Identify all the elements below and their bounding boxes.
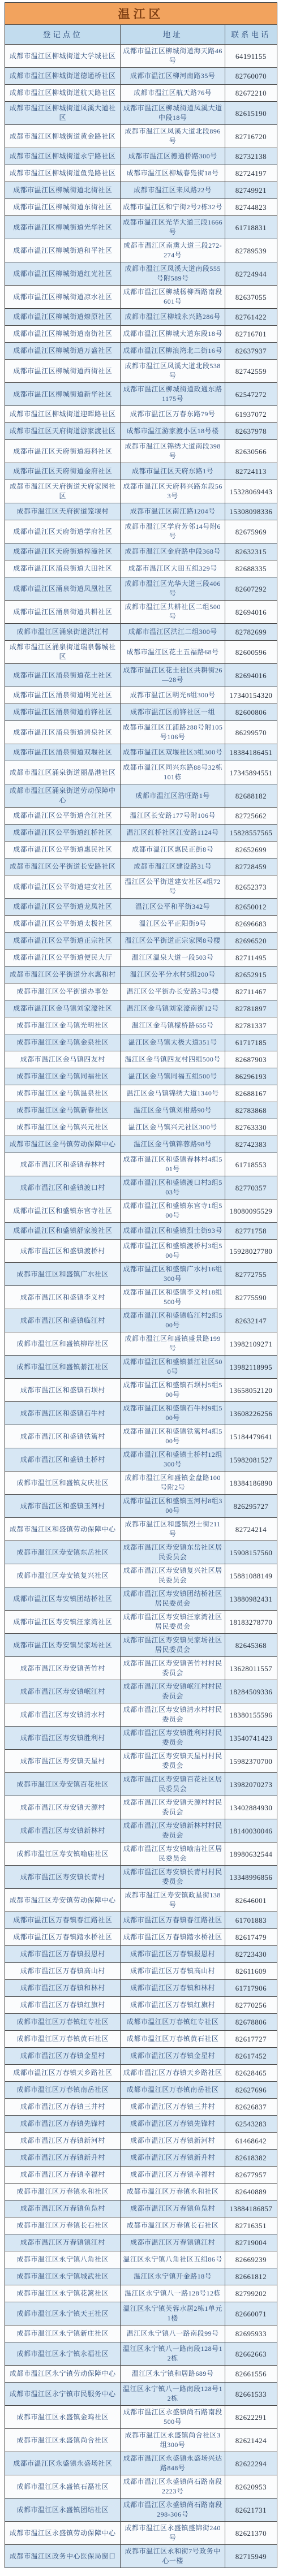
address-cell: 成都市温江区万春镇先锋村 <box>121 2116 225 2132</box>
table-row: 成都市温江区寿安镇胜利村成都市温江区寿安镇胜利村村民委员会13540741423 <box>5 1726 277 1749</box>
site-cell: 成都市温江区永宁镇天王社区 <box>5 2302 121 2325</box>
site-cell: 成都市温江区寿安镇百花社区 <box>5 1773 121 1796</box>
address-cell: 成都市温江区凤溪大道北段538号 <box>121 360 225 382</box>
phone-cell: 82688167 <box>225 1085 277 1102</box>
table-row: 成都市温江区柳城街道德通桥社区成都市温江区柳河南路35号82760070 <box>5 67 277 84</box>
site-cell: 成都市温江区寿安镇团结桥社区 <box>5 1587 121 1610</box>
table-row: 成都市温江区寿安镇复兴社区成都市温江区寿安镇复兴社区居民委员会158810881… <box>5 1564 277 1587</box>
table-row: 成都市温江区公平街道太极社区温江区公平正阳街9号82696683 <box>5 915 277 932</box>
table-row: 成都市温江区涌泉街道共耕社区成都市温江区共耕社区二组500号82694016 <box>5 600 277 623</box>
phone-cell: 82719004 <box>225 2234 277 2251</box>
address-cell: 成都市温江区万春镇三井村 <box>121 2099 225 2115</box>
address-cell: 成都市温江区和盛镇李义村18组500号 <box>121 1286 225 1309</box>
phone-cell: 82783868 <box>225 1102 277 1119</box>
table-row: 成都市温江区天府街道游家渡社区成都市温江游家渡小区18号楼82637978 <box>5 422 277 439</box>
site-cell: 成都市温江区和盛镇临江村 <box>5 1309 121 1332</box>
address-cell: 成都市温江区明光8组300号 <box>121 687 225 704</box>
table-row: 成都市温江区柳城街道和平社区成都市温江区南熏大道三段272-274号827895… <box>5 239 277 262</box>
table-row: 成都市温江区涌泉街道花土社区成都市温江区花土社区共耕街26—28号8269401… <box>5 663 277 687</box>
phone-cell: 82621424 <box>225 2429 277 2452</box>
address-cell: 成都市温江区寿安镇苦竹村村民委员会 <box>121 1657 225 1680</box>
phone-cell: 82637978 <box>225 423 277 439</box>
phone-cell: 82771758 <box>225 1223 277 1239</box>
address-cell: 成都市温江区永盛镇盛锦街240号 <box>121 2522 225 2544</box>
table-row: 成都市温江区和盛镇友庆社区成都市温江区和盛镇金盘路100号附2号18384186… <box>5 1471 277 1494</box>
table-row: 成都市温江区天府街道天府家园社区成都市温江区天府科兴路东段563号1532806… <box>5 480 277 503</box>
address-cell: 成都市温江区德通桥路300号 <box>121 148 225 165</box>
address-cell: 成都市温江区寿安镇团结桥社区居民委员会 <box>121 1587 225 1610</box>
table-row: 成都市温江区公平街道长安路社区成都市温江区建设路31号82728459 <box>5 858 277 875</box>
phone-cell: 82742559 <box>225 360 277 382</box>
address-cell: 成都市温江区万春镇踏水桥社区 <box>121 1929 225 1945</box>
table-row: 成都市温江区永盛镇劳动保障中心成都市温江区永盛镇盛锦街240号82621370 <box>5 2521 277 2544</box>
phone-cell: 82630566 <box>225 440 277 463</box>
phone-cell: 61718831 <box>225 216 277 239</box>
phone-cell: 82628465 <box>225 2065 277 2081</box>
table-row: 成都市温江区柳城街道鱼凫路社区成都市温江区柳城春凫街18号82724197 <box>5 165 277 182</box>
address-cell: 成都市温江区寿安镇胜利村村民委员会 <box>121 1727 225 1749</box>
site-cell: 成都市温江区公平街道惠民社区 <box>5 842 121 858</box>
address-cell: 成都市温江区寿安镇复兴社区居民委员会 <box>121 1564 225 1587</box>
address-cell: 成都市温江区花土五福路68号 <box>121 641 225 663</box>
table-row: 成都市温江区金马镇四友村温江区金马镇四友村四组500号82687903 <box>5 1051 277 1068</box>
address-cell: 成都市温江区共耕社区二组500号 <box>121 601 225 623</box>
address-cell: 温江区永宁镇开金路18号 <box>121 2268 225 2285</box>
site-cell: 成都市温江区金马镇金泉社区 <box>5 1034 121 1051</box>
phone-cell: 18080095529 <box>225 1199 277 1222</box>
site-cell: 成都市温江区寿安镇吴家场社区 <box>5 1634 121 1656</box>
site-cell: 成都市温江区柳城街道光华社区 <box>5 216 121 239</box>
table-row: 成都市温江区和盛镇临江村成都市温江区和盛镇临江村2组500号82632147 <box>5 1309 277 1332</box>
table-row: 成都市温江区公平街道正宗社区温江区公平街道正宗家园8号楼82696520 <box>5 932 277 949</box>
table-row: 成都市温江区涌泉街道前锋社区成都市温江区前锋社区一组82600806 <box>5 704 277 720</box>
phone-cell: 15982370700 <box>225 1750 277 1772</box>
address-cell: 温江区长安路177号附106号 <box>121 808 225 824</box>
address-cell: 成都市温江区南熏大道三段272-274号 <box>121 239 225 262</box>
address-cell: 成都市温江区永盛镇永盛场兴达路848号 <box>121 2452 225 2475</box>
site-cell: 成都市温江区柳城街道南街社区 <box>5 326 121 342</box>
district-contact-table-page: 温江区 登记点位 地址 联系电话 成都市温江区柳城街道大学城社区成都市温江区柳城… <box>0 0 283 2576</box>
phone-cell: 13982109271 <box>225 1332 277 1355</box>
table-row: 成都市温江区柳城街道燎原社区成都市温江区柳城永兴路286号82761422 <box>5 308 277 325</box>
site-cell: 成都市温江区公平街道长安路社区 <box>5 858 121 875</box>
table-row: 成都市温江区天府街道金府社区成都市温江区天府东路1号82724113 <box>5 463 277 480</box>
site-cell: 成都市温江区公平街道合江社区 <box>5 808 121 824</box>
address-cell: 成都市温江区和盛镇东宫寺1组500号 <box>121 1199 225 1222</box>
table-row: 成都市温江区涌泉街道劳动保障中心成都市温江区浩旺路1号82688182 <box>5 784 277 807</box>
district-header: 温江区 <box>5 2 277 24</box>
table-row: 成都市温江区公平街道龙凤社区温江区公平和平街342号82650012 <box>5 898 277 915</box>
site-cell: 成都市温江区涌泉街道洪江村 <box>5 624 121 640</box>
site-cell: 成都市温江区寿安镇汪家湾社区 <box>5 1611 121 1633</box>
address-cell: 成都市温江区和盛镇石牛村9组500号 <box>121 1402 225 1425</box>
phone-cell: 82728459 <box>225 858 277 875</box>
table-row: 成都市温江区和盛镇东宫寺社区成都市温江区和盛镇东宫寺1组500号18080095… <box>5 1199 277 1222</box>
address-cell: 温江区红桥社区江安路1124号 <box>121 825 225 841</box>
phone-cell: 82696520 <box>225 933 277 949</box>
table-row: 成都市温江区和盛镇渡口村成都市温江区和盛镇渡口村3组503号82770357 <box>5 1176 277 1199</box>
table-row: 成都市温江区金马镇新春社区温江区金马镇刘柑路90号82783868 <box>5 1102 277 1119</box>
address-cell: 成都市温江区寿安镇政星街138号 <box>121 1889 225 1911</box>
address-cell: 成都市温江区南江路1204号 <box>121 503 225 520</box>
phone-cell: 82669239 <box>225 2251 277 2268</box>
table-row: 成都市温江区永盛镇石磊社区成都市温江区永盛镇尚石路南段2223号82620953 <box>5 2475 277 2498</box>
site-cell: 成都市温江区天府街道笼堰村 <box>5 503 121 520</box>
site-cell: 成都市温江区金马镇刘家濠社区 <box>5 1000 121 1017</box>
table-row: 成都市温江区和盛镇舒家渡社区成都市温江区和盛镇烈士街93号82771758 <box>5 1222 277 1239</box>
phone-cell: 82620953 <box>225 2475 277 2498</box>
site-cell: 成都市温江区寿安镇长青村 <box>5 1866 121 1888</box>
table-row: 成都市温江区永盛镇尚合社区成都市温江区永盛镇尚合社区3组300号82621424 <box>5 2428 277 2452</box>
site-cell: 成都市温江区和盛镇石牛村 <box>5 1402 121 1425</box>
address-cell: 成都市温江区航天路76号 <box>121 85 225 101</box>
address-cell: 成都市温江区寿安镇清水村村民委员会 <box>121 1703 225 1726</box>
site-cell: 成都市温江区万春镇南岳社区 <box>5 2082 121 2098</box>
phone-cell: 17340154320 <box>225 687 277 704</box>
table-row: 成都市温江区金马镇金泉社区温江区金马镇太极大道351号61717185 <box>5 1034 277 1051</box>
address-cell: 成都市温江区柳城杨柳西路南段601号 <box>121 286 225 308</box>
address-cell: 成都市温江区万春镇报恩村 <box>121 1946 225 1962</box>
phone-cell: 82782699 <box>225 624 277 640</box>
phone-cell: 18384186890 <box>225 1472 277 1494</box>
phone-cell: 82650012 <box>225 899 277 915</box>
table-row: 成都市温江区柳城街道南街社区成都市温江区柳城大道东段18号82716701 <box>5 325 277 342</box>
phone-cell: 82742383 <box>225 1136 277 1153</box>
site-cell: 成都市温江区柳城街道东街社区 <box>5 199 121 215</box>
address-cell: 成都市温江区万春东路79号 <box>121 406 225 422</box>
phone-cell: 82724944 <box>225 262 277 285</box>
site-cell: 成都市温江区柳城街道鱼凫路社区 <box>5 165 121 182</box>
address-cell: 成都市温江区柳城春凫街18号 <box>121 165 225 182</box>
table-row: 成都市温江区柳城街道凉水社区成都市温江区柳城杨柳西路南段601号82637055 <box>5 285 277 308</box>
table-row: 成都市温江区寿安镇天星村成都市温江区寿安镇天星村村民委员会15982370700 <box>5 1749 277 1772</box>
address-cell: 成都市温江区万春镇新河村 <box>121 2133 225 2149</box>
site-cell: 成都市温江区寿安镇新林村 <box>5 1819 121 1842</box>
site-cell: 成都市温江区柳城街道航天路社区 <box>5 85 121 101</box>
address-cell: 成都市温江区万春镇镇江村 <box>121 2234 225 2251</box>
column-header-address: 地址 <box>121 25 225 44</box>
address-cell: 温江区永宁镇芙蓉水居2栋1单元1楼 <box>121 2302 225 2325</box>
address-cell: 成都市温江区惠民正街8号 <box>121 842 225 858</box>
address-cell: 成都市温江区万春镇春江路社区 <box>121 1912 225 1928</box>
phone-cell: 82716720 <box>225 125 277 148</box>
site-cell: 成都市温江区柳城街道永宁路社区 <box>5 148 121 165</box>
address-cell: 成都市温江区大田五组329号 <box>121 560 225 577</box>
table-row: 成都市温江区万春镇长石社区成都市温江区万春镇长石社区82716351 <box>5 2217 277 2234</box>
site-cell: 成都市温江区柳城街道大学城社区 <box>5 45 121 67</box>
address-cell: 温江区永宁镇八一路南段128号12栋 <box>121 2342 225 2365</box>
site-cell: 成都市温江区政务中心医保局窗口 <box>5 2545 121 2568</box>
table-row: 成都市温江区万春镇天乡路社区成都市温江区万春镇天乡路社区82628465 <box>5 2064 277 2081</box>
phone-cell: 82763330 <box>225 1119 277 1136</box>
address-cell: 成都市温江区和盛镇盛景路199号 <box>121 1332 225 1355</box>
phone-cell: 82617479 <box>225 1929 277 1945</box>
table-row: 成都市温江区寿安镇团结桥社区成都市温江区寿安镇团结桥社区居民委员会1388098… <box>5 1587 277 1610</box>
table-row: 成都市温江区和盛镇李义村成都市温江区和盛镇李义村18组500号82775590 <box>5 1285 277 1309</box>
table-row: 成都市温江区柳城街道永宁路社区成都市温江区德通桥路300号82732138 <box>5 148 277 165</box>
address-cell: 成都市温江区光华大道三段406号 <box>121 577 225 600</box>
table-row: 成都市温江区和盛镇玉河村成都市温江区和盛镇玉河村8组300号826295727 <box>5 1494 277 1517</box>
phone-cell: 82678806 <box>225 2014 277 2030</box>
address-cell: 成都市温江区万春镇红旗村 <box>121 1997 225 2013</box>
table-row: 成都市温江区永宁镇八角社区温江区永宁镇八角社区五组86号82669239 <box>5 2251 277 2268</box>
site-cell: 成都市温江区永盛镇金鸡社区 <box>5 2406 121 2428</box>
phone-cell: 82652373 <box>225 875 277 898</box>
phone-cell: 15982081527 <box>225 1448 277 1471</box>
site-cell: 成都市温江区柳城街道万盛社区 <box>5 343 121 359</box>
address-cell: 成都市温江区和盛镇土桥村12组300号 <box>121 1448 225 1471</box>
address-cell: 成都市温江区江浦路288号附105号106号 <box>121 721 225 744</box>
site-cell: 成都市温江区万春镇金星村 <box>5 2048 121 2064</box>
address-cell: 成都市温江区万春镇天乡路社区 <box>121 2065 225 2081</box>
contact-table: 登记点位 地址 联系电话 成都市温江区柳城街道大学城社区成都市温江区柳城街道海天… <box>5 24 277 2568</box>
site-cell: 成都市温江区永盛镇石磊社区 <box>5 2475 121 2498</box>
address-cell: 成都市温江区寿安镇吴家场社区居民委员会 <box>121 1634 225 1656</box>
address-cell: 成都市温江区柳浪湾北二街16号 <box>121 343 225 359</box>
table-row: 成都市温江区公平街道惠民社区成都市温江区惠民正街8号82652699 <box>5 841 277 858</box>
address-cell: 成都市温江区万春镇高山村 <box>121 1963 225 1979</box>
site-cell: 成都市温江区金马镇同福社区 <box>5 1068 121 1085</box>
phone-cell: 15928027780 <box>225 1240 277 1262</box>
phone-cell: 13658052120 <box>225 1379 277 1401</box>
address-cell: 成都市温江区和盛镇渡桥村3组500号 <box>121 1240 225 1262</box>
site-cell: 成都市温江区柳城街道凉水社区 <box>5 286 121 308</box>
phone-cell: 82662663 <box>225 2342 277 2365</box>
phone-cell: 82694016 <box>225 664 277 687</box>
phone-cell: 82770256 <box>225 1997 277 2013</box>
phone-cell: 82760070 <box>225 68 277 84</box>
phone-cell: 17345894551 <box>225 761 277 784</box>
table-row: 成都市温江区公平街道办事处温江区公平街办长安路3号3楼82711467 <box>5 983 277 1000</box>
phone-cell: 18183278770 <box>225 1611 277 1633</box>
site-cell: 成都市温江区和盛镇柳岸社区 <box>5 1332 121 1355</box>
address-cell: 成都市温江区永和街7号政务中心一楼 <box>121 2545 225 2568</box>
table-row: 成都市温江区柳城街道凤溪大道社区成都市温江区柳城街道凤溪大道中段18号82615… <box>5 101 277 124</box>
column-header-phone: 联系电话 <box>225 25 277 44</box>
phone-cell: 82646001 <box>225 1889 277 1911</box>
site-cell: 成都市温江区永宁镇八角社区 <box>5 2251 121 2268</box>
address-cell: 成都市温江区寿安镇天星村村民委员会 <box>121 1750 225 1772</box>
site-cell: 成都市温江区万春镇新升村 <box>5 2150 121 2166</box>
address-cell: 温江区金马镇刘柑路90号 <box>121 1102 225 1119</box>
phone-cell: 82772755 <box>225 1263 277 1285</box>
site-cell: 成都市温江区天府街道游家渡社区 <box>5 423 121 439</box>
site-cell: 成都市温江区永盛镇劳动保障中心 <box>5 2522 121 2544</box>
site-cell: 成都市温江区涌泉街道劳动保障中心 <box>5 784 121 807</box>
phone-cell: 82622291 <box>225 2406 277 2428</box>
address-cell: 成都市温江区柳城街道凤溪大道中段18号 <box>121 102 225 124</box>
table-row: 成都市温江区万春镇金星村成都市温江区万春镇金星村82617452 <box>5 2047 277 2064</box>
phone-cell: 62543283 <box>225 2116 277 2132</box>
phone-cell: 82617727 <box>225 2031 277 2047</box>
phone-cell: 82749921 <box>225 182 277 199</box>
phone-cell: 82761422 <box>225 309 277 325</box>
site-cell: 成都市温江区寿安镇苦竹村 <box>5 1657 121 1680</box>
table-row: 成都市温江区永宁镇城武社区温江区永宁镇开金路18号82661812 <box>5 2268 277 2285</box>
site-cell: 成都市温江区和盛镇友庆社区 <box>5 1472 121 1494</box>
address-cell: 温江区金马镇兴元社区300号 <box>121 1119 225 1136</box>
phone-cell: 82621370 <box>225 2522 277 2544</box>
phone-cell: 64191155 <box>225 45 277 67</box>
site-cell: 成都市温江区和盛镇土桥村 <box>5 1448 121 1471</box>
site-cell: 成都市温江区和盛镇铁篱村 <box>5 1425 121 1448</box>
table-row: 成都市温江区涌泉街道瑞泉馨城社区成都市温江区花土五福路68号82600596 <box>5 640 277 663</box>
address-cell: 成都市温江区寿安镇百花社区居民委员会 <box>121 1773 225 1796</box>
address-cell: 成都市温江区和宁街2号2栋32号 <box>121 199 225 215</box>
site-cell: 成都市温江区涌泉街道明光社区 <box>5 687 121 704</box>
address-cell: 成都市温江区和盛镇临江村2组500号 <box>121 1309 225 1332</box>
site-cell: 成都市温江区万春镇天乡路社区 <box>5 2065 121 2081</box>
table-row: 成都市温江区公平街道分水惠和村温江区公平分水村5组200号82652915 <box>5 966 277 983</box>
address-cell: 成都市温江区金府路中段368号 <box>121 543 225 560</box>
phone-cell: 82715949 <box>225 2545 277 2568</box>
phone-cell: 18384186451 <box>225 744 277 761</box>
address-cell: 成都市温江区永盛镇尚石路南段500号 <box>121 2406 225 2428</box>
address-cell: 成都市温江区万春镇和林村 <box>121 1980 225 1996</box>
table-row: 成都市温江区寿安镇劳动保障中心成都市温江区寿安镇政星街138号82646001 <box>5 1888 277 1911</box>
phone-cell: 13540741423 <box>225 1727 277 1749</box>
site-cell: 成都市温江区和盛镇玉河村 <box>5 1495 121 1517</box>
phone-cell: 13884186857 <box>225 2200 277 2217</box>
table-row: 成都市温江区万春镇鱼凫村成都市温江区万春镇鱼凫村13884186857 <box>5 2200 277 2217</box>
table-row: 成都市温江区金马镇光明社区温江区金马镇檬桥路655号82781337 <box>5 1017 277 1034</box>
site-cell: 成都市温江区天府街道海科社区 <box>5 440 121 463</box>
phone-cell: 82627696 <box>225 2082 277 2098</box>
phone-cell: 82723430 <box>225 1946 277 1962</box>
table-row: 成都市温江区寿安镇长青村成都市温江区寿安镇长青村村民委员会13348996856 <box>5 1865 277 1888</box>
phone-cell: 82694016 <box>225 601 277 623</box>
table-row: 成都市温江区涌泉街道清泉社区成都市温江区江浦路288号附105号106号8629… <box>5 720 277 744</box>
address-cell: 温江区公平街办长安路3号3楼 <box>121 983 225 1000</box>
phone-cell: 82661533 <box>225 2383 277 2405</box>
site-cell: 成都市温江区寿安镇胜利村 <box>5 1727 121 1749</box>
table-row: 成都市温江区金马镇兴元社区温江区金马镇兴元社区300号82763330 <box>5 1119 277 1136</box>
site-cell: 成都市温江区金马镇兴元社区 <box>5 1119 121 1136</box>
site-cell: 成都市温江区永宁镇新庄社区 <box>5 2325 121 2342</box>
site-cell: 成都市温江区万春镇春江路社区 <box>5 1912 121 1928</box>
phone-cell: 82637937 <box>225 343 277 359</box>
phone-cell: 18380155596 <box>225 1703 277 1726</box>
site-cell: 成都市温江区天府街道金府社区 <box>5 463 121 480</box>
address-cell: 成都市温江区锦绣大道南段398号 <box>121 440 225 463</box>
site-cell: 成都市温江区天府街道天府家园社区 <box>5 480 121 503</box>
table-row: 成都市温江区万春镇高山村成都市温江区万春镇高山村82611609 <box>5 1962 277 1979</box>
phone-cell: 13982118995 <box>225 1356 277 1378</box>
table-row: 成都市温江区万春镇新河村成都市温江区万春镇新河村61468642 <box>5 2132 277 2149</box>
phone-cell: 15184479641 <box>225 1425 277 1448</box>
table-row: 成都市温江区万春镇幸福村成都市温江区万春镇幸福村82677957 <box>5 2166 277 2183</box>
phone-cell: 15308098336 <box>225 503 277 520</box>
address-cell: 成都市温江区和盛镇春林村4组501号 <box>121 1153 225 1176</box>
column-header-site: 登记点位 <box>5 25 121 44</box>
phone-cell: 82725662 <box>225 808 277 824</box>
address-cell: 成都市温江区柳城大道东段18号 <box>121 326 225 342</box>
table-body: 成都市温江区柳城街道大学城社区成都市温江区柳城街道海天路46号64191155成… <box>5 44 277 2568</box>
table-row: 成都市温江区政务中心医保局窗口成都市温江区永和街7号政务中心一楼82715949 <box>5 2544 277 2568</box>
site-cell: 成都市温江区万春镇红旗村 <box>5 1997 121 2013</box>
phone-cell: 82632147 <box>225 1309 277 1332</box>
table-row: 成都市温江区永盛镇永盛场社区成都市温江区永盛镇永盛场兴达路848号8262229… <box>5 2452 277 2475</box>
site-cell: 成都市温江区万春镇幸福村 <box>5 2167 121 2183</box>
address-cell: 成都市温江区万春镇长石社区 <box>121 2217 225 2234</box>
site-cell: 成都市温江区和盛镇石坝村 <box>5 1379 121 1401</box>
site-cell: 成都市温江区柳城街道西街社区 <box>5 360 121 382</box>
table-row: 成都市温江区和盛镇土桥村成都市温江区和盛镇土桥村12组300号159820815… <box>5 1448 277 1471</box>
phone-cell: 82661556 <box>225 2366 277 2382</box>
site-cell: 成都市温江区柳城街道德通桥社区 <box>5 68 121 84</box>
table-row: 成都市温江区涌泉街道双堰社区成都市温江区双堰社区3组300号1838418645… <box>5 744 277 761</box>
phone-cell: 82637055 <box>225 286 277 308</box>
address-cell: 成都市温江区万春镇永和社区 <box>121 2184 225 2200</box>
address-cell: 成都市温江区永盛镇尚合社区3组300号 <box>121 2429 225 2452</box>
table-row: 成都市温江区天府街道梓潼社区成都市温江区金府路中段368号82632315 <box>5 543 277 560</box>
site-cell: 成都市温江区万春镇红专社区 <box>5 2014 121 2030</box>
site-cell: 成都市温江区万春镇黄石社区 <box>5 2031 121 2047</box>
phone-cell: 82621731 <box>225 2499 277 2521</box>
site-cell: 成都市温江区涌泉街道丽晶港社区 <box>5 761 121 784</box>
site-cell: 成都市温江区永宁镇市民服务中心 <box>5 2383 121 2405</box>
site-cell: 成都市温江区涌泉街道瑞泉馨城社区 <box>5 641 121 663</box>
address-cell: 温江区公平和平街342号 <box>121 899 225 915</box>
site-cell: 成都市温江区金马镇温泉社区 <box>5 1085 121 1102</box>
table-row: 成都市温江区天府街道笼堰村成都市温江区南江路1204号15308098336 <box>5 503 277 520</box>
table-row: 成都市温江区寿安镇苦竹村成都市温江区寿安镇苦竹村村民委员会13628011557 <box>5 1656 277 1680</box>
phone-cell: 82660071 <box>225 2302 277 2325</box>
table-row: 成都市温江区和盛镇柳岸社区成都市温江区和盛镇盛景路199号13982109271 <box>5 1332 277 1355</box>
phone-cell: 82696683 <box>225 916 277 932</box>
site-cell: 成都市温江区柳城街道凤溪大道社区 <box>5 102 121 124</box>
phone-cell: 82618382 <box>225 2150 277 2166</box>
site-cell: 成都市温江区永宁镇劳动保障中心 <box>5 2366 121 2382</box>
site-cell: 成都市温江区涌泉街道花土社区 <box>5 664 121 687</box>
phone-cell: 13880982431 <box>225 1587 277 1610</box>
site-cell: 成都市温江区公平街道建安社区 <box>5 875 121 898</box>
site-cell: 成都市温江区金马镇新春社区 <box>5 1102 121 1119</box>
phone-cell: 82622294 <box>225 2452 277 2475</box>
table-row: 成都市温江区金马镇同福社区温江区金马镇同福五组500号86296193 <box>5 1068 277 1085</box>
address-cell: 温江区永宁镇八一路128号12栋 <box>121 2285 225 2302</box>
site-cell: 成都市温江区万春镇鱼凫村 <box>5 2200 121 2217</box>
site-cell: 成都市温江区和盛镇广水社区 <box>5 1263 121 1285</box>
table-row: 成都市温江区寿安镇喻庙社区成都市温江区寿安镇喻庙社区居民委员会189806325… <box>5 1842 277 1865</box>
site-cell: 成都市温江区柳城街道新华社区 <box>5 383 121 405</box>
phone-cell: 82781337 <box>225 1017 277 1034</box>
address-cell: 成都市温江区万春镇黄石社区 <box>121 2031 225 2047</box>
table-row: 成都市温江区寿安镇吴家场社区成都市温江区寿安镇吴家场社区居民委员会8264536… <box>5 1633 277 1656</box>
table-row: 成都市温江区永宁镇劳动保障中心温江区永宁镇和居路689号82661556 <box>5 2365 277 2382</box>
site-cell: 成都市温江区万春镇长石社区 <box>5 2217 121 2234</box>
address-cell: 成都市温江区前锋社区一组 <box>121 704 225 720</box>
table-row: 成都市温江区金马镇劳动保障中心温江区金马镇锦蓉路98号82742383 <box>5 1136 277 1153</box>
address-cell: 温江区金马镇同福五组500号 <box>121 1068 225 1085</box>
site-cell: 成都市温江区柳城街道黄金路社区 <box>5 125 121 148</box>
phone-cell: 61468642 <box>225 2133 277 2149</box>
phone-cell: 82652699 <box>225 842 277 858</box>
address-cell: 成都市温江区万春镇红专社区 <box>121 2014 225 2030</box>
phone-cell: 18980632544 <box>225 1843 277 1865</box>
table-row: 成都市温江区柳城街道北街社区成都市温江区来凤路22号82749921 <box>5 182 277 199</box>
site-cell: 成都市温江区公平街道红桥社区 <box>5 825 121 841</box>
phone-cell: 82732138 <box>225 148 277 165</box>
phone-cell: 61701883 <box>225 1912 277 1928</box>
table-row: 成都市温江区万春镇和林村成都市温江区万春镇和林村61717906 <box>5 1979 277 1996</box>
table-row: 成都市温江区永宁镇花篱社区温江区永宁镇八一路128号12栋82799202 <box>5 2285 277 2302</box>
phone-cell: 82611609 <box>225 1963 277 1979</box>
phone-cell: 86296193 <box>225 1068 277 1085</box>
table-row: 成都市温江区永宁镇新庄社区温江区永宁镇八一路南段99号82695933 <box>5 2325 277 2342</box>
table-row: 成都市温江区和盛镇綦江社区成都市温江区和盛镇綦江社区500号1398211899… <box>5 1355 277 1378</box>
table-row: 成都市温江区万春镇新升村成都市温江区万春镇新升村82618382 <box>5 2149 277 2166</box>
